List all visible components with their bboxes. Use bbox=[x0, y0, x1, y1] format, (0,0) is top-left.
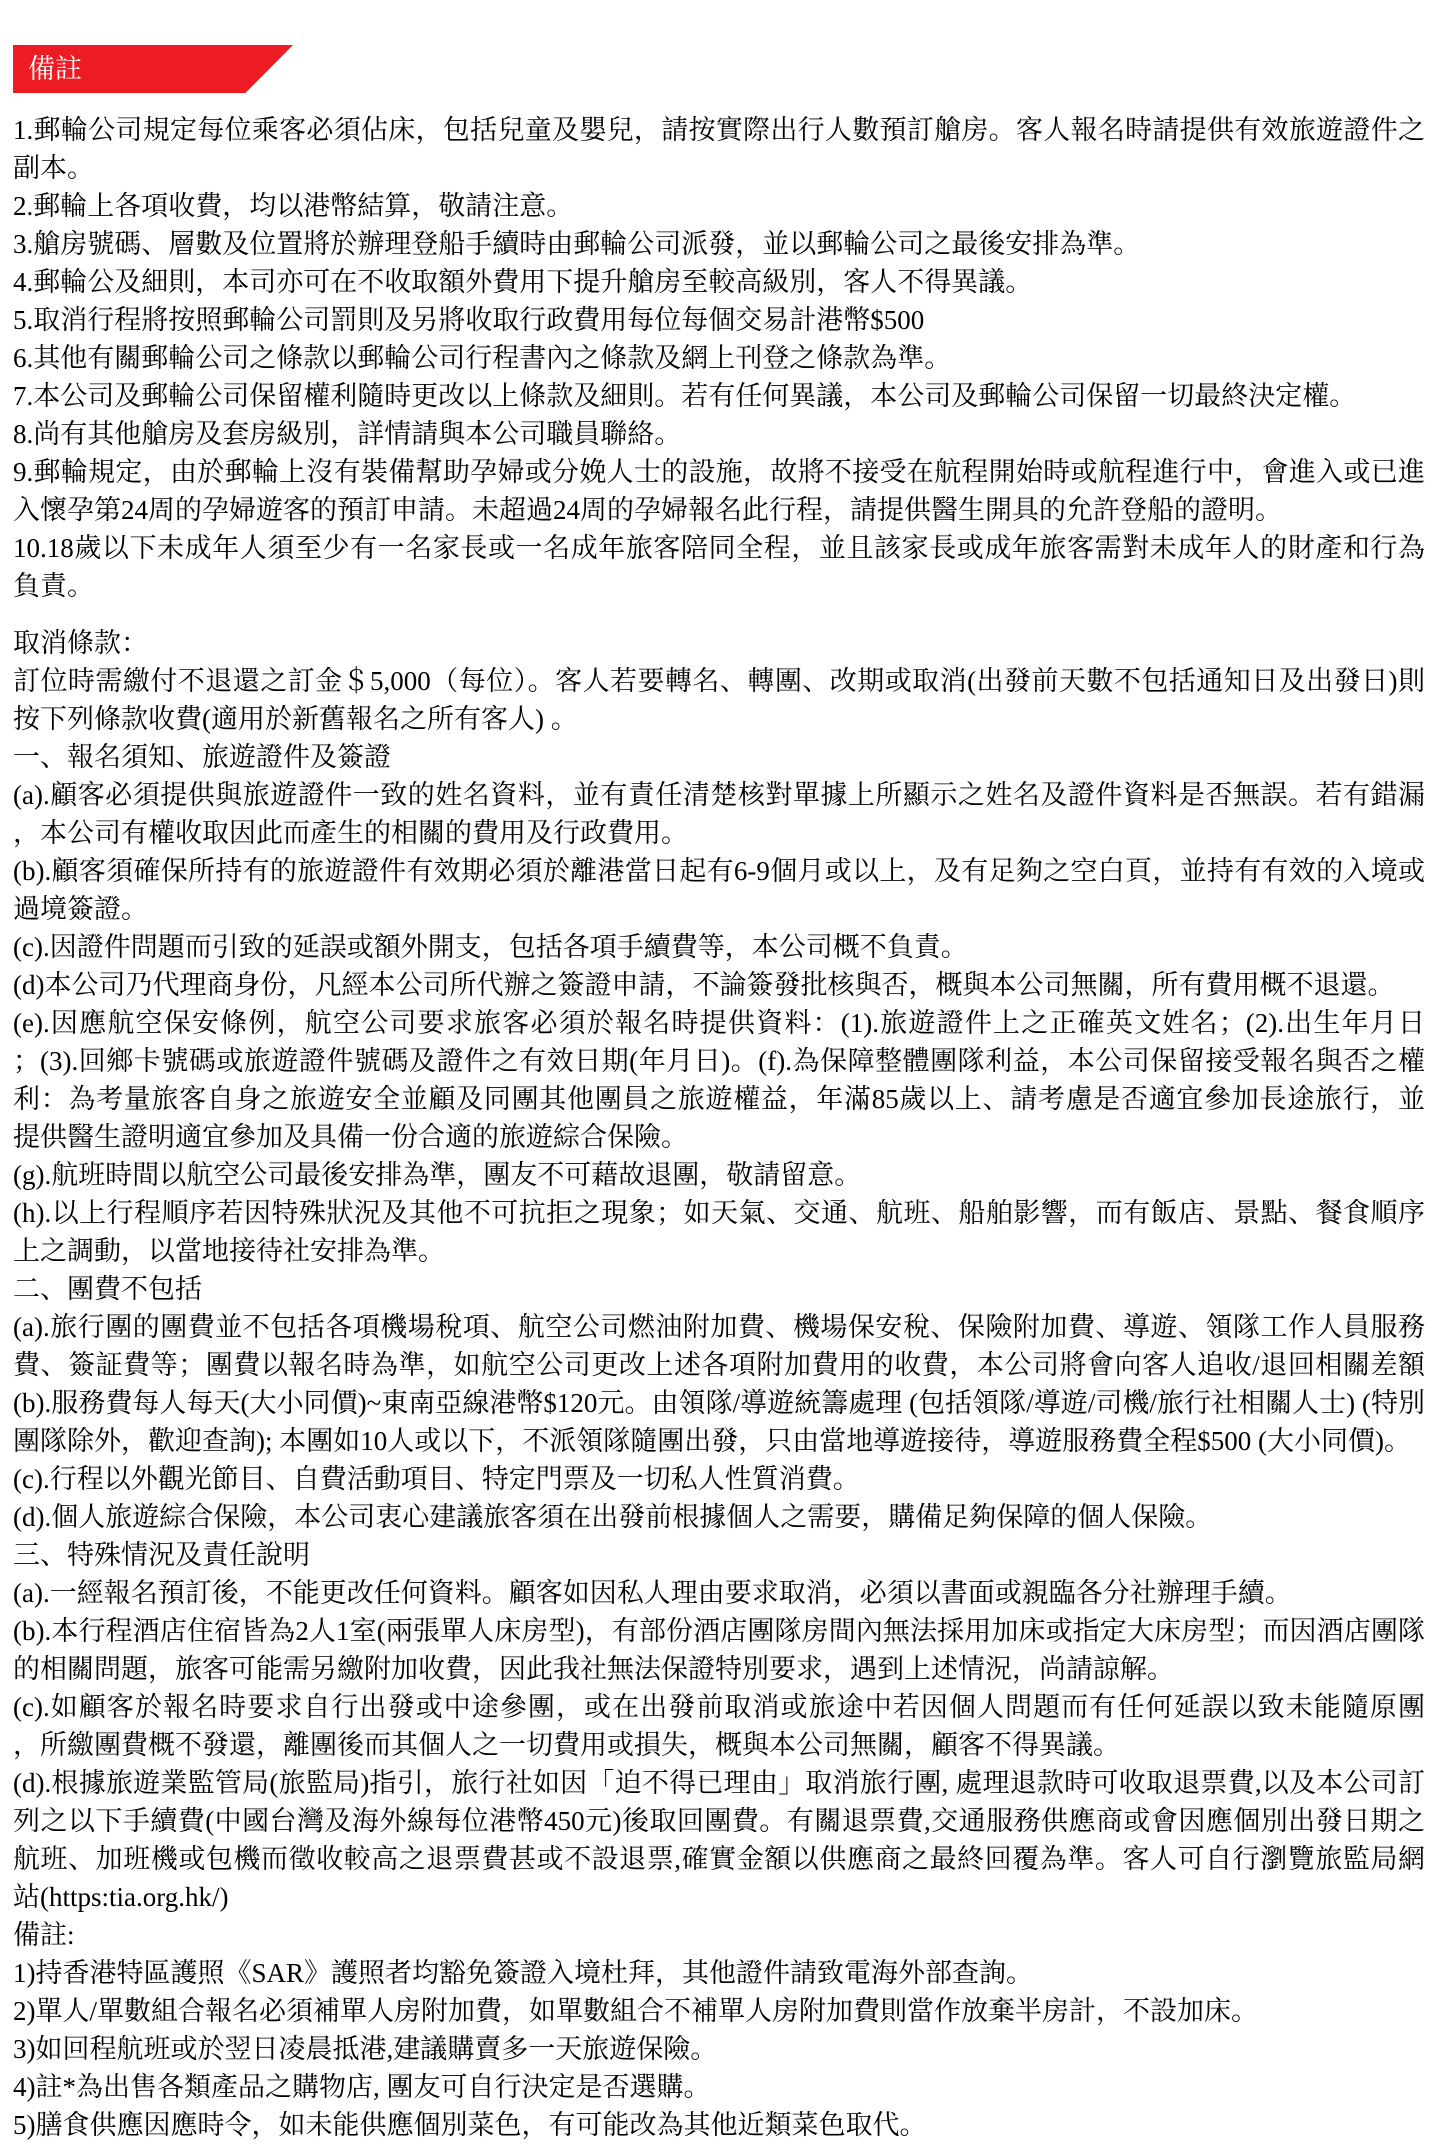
text-line: (e).因應航空保安條例，航空公司要求旅客必須於報名時提供資料：(1).旅遊證件… bbox=[13, 1004, 1425, 1042]
text-line: (c).行程以外觀光節目、自費活動項目、特定門票及一切私人性質消費。 bbox=[13, 1460, 1425, 1498]
text-line: (c).因證件問題而引致的延誤或額外開支，包括各項手續費等，本公司概不負責。 bbox=[13, 928, 1425, 966]
text-line: 上之調動，以當地接待社安排為準。 bbox=[13, 1232, 1425, 1270]
cancellation-heading: 取消條款： bbox=[13, 624, 1425, 662]
text-line: (c).如顧客於報名時要求自行出發或中途參團，或在出發前取消或旅途中若因個人問題… bbox=[13, 1688, 1425, 1726]
clause-item: (d).根據旅遊業監管局(旅監局)指引，旅行社如因「迫不得已理由」取消旅行團, … bbox=[13, 1764, 1425, 1916]
text-line: (a).旅行團的團費並不包括各項機場稅項、航空公司燃油附加費、機場保安稅、保險附… bbox=[13, 1308, 1425, 1346]
cruise-note-item: 7.本公司及郵輪公司保留權利隨時更改以上條款及細則。若有任何異議，本公司及郵輪公… bbox=[13, 377, 1425, 415]
text-line: 列之以下手續費(中國台灣及海外線每位港幣450元)後取回團費。有關退票費,交通服… bbox=[13, 1802, 1425, 1840]
cruise-note-item: 3.艙房號碼、層數及位置將於辦理登船手續時由郵輪公司派發，並以郵輪公司之最後安排… bbox=[13, 225, 1425, 263]
clause-item: (a).顧客必須提供與旅遊證件一致的姓名資料，並有責任清楚核對單據上所顯示之姓名… bbox=[13, 776, 1425, 852]
cruise-note-item: 4.郵輪公及細則，本司亦可在不收取額外費用下提升艙房至較高級別，客人不得異議。 bbox=[13, 263, 1425, 301]
section-heading: 二、團費不包括 bbox=[13, 1270, 1425, 1308]
text-line: ；(3).回鄉卡號碼或旅遊證件號碼及證件之有效日期(年月日)。(f).為保障整體… bbox=[13, 1042, 1425, 1080]
text-line: 的相關問題，旅客可能需另繳附加收費，因此我社無法保證特別要求，遇到上述情況，尚請… bbox=[13, 1650, 1425, 1688]
text-line: (b).顧客須確保所持有的旅遊證件有效期必須於離港當日起有6-9個月或以上，及有… bbox=[13, 852, 1425, 890]
remarks-list: 備註: 1)持香港特區護照《SAR》護照者均豁免簽證入境杜拜，其他證件請致電海外… bbox=[13, 1916, 1425, 2144]
cancellation-intro: 訂位時需繳付不退還之訂金＄5,000（每位）。客人若要轉名、轉團、改期或取消(出… bbox=[13, 662, 1425, 738]
text-line: (d).個人旅遊綜合保險，本公司衷心建議旅客須在出發前根據個人之需要，購備足夠保… bbox=[13, 1498, 1425, 1536]
text-line: (h).以上行程順序若因特殊狀況及其他不可抗拒之現象；如天氣、交通、航班、船舶影… bbox=[13, 1194, 1425, 1232]
clause-item: (e).因應航空保安條例，航空公司要求旅客必須於報名時提供資料：(1).旅遊證件… bbox=[13, 1004, 1425, 1156]
text-line: (g).航班時間以航空公司最後安排為準，團友不可藉故退團，敬請留意。 bbox=[13, 1156, 1425, 1194]
clause-item: (a).旅行團的團費並不包括各項機場稅項、航空公司燃油附加費、機場保安稅、保險附… bbox=[13, 1308, 1425, 1384]
clause-item: (c).因證件問題而引致的延誤或額外開支，包括各項手續費等，本公司概不負責。 bbox=[13, 928, 1425, 966]
clause-item: (c).行程以外觀光節目、自費活動項目、特定門票及一切私人性質消費。 bbox=[13, 1460, 1425, 1498]
text-line: 按下列條款收費(適用於新舊報名之所有客人) 。 bbox=[13, 700, 1425, 738]
remark-item: 2)單人/單數組合報名必須補單人房附加費，如單數組合不補單人房附加費則當作放棄半… bbox=[13, 1992, 1425, 2030]
text-line: (d)本公司乃代理商身份，凡經本公司所代辦之簽證申請，不論簽發批核與否，概與本公… bbox=[13, 966, 1425, 1004]
text-line: 5.取消行程將按照郵輪公司罰則及另將收取行政費用每位每個交易計港幣$500 bbox=[13, 301, 1425, 339]
clause-item: (b).服務費每人每天(大小同價)~東南亞線港幣$120元。由領隊/導遊統籌處理… bbox=[13, 1384, 1425, 1460]
clause-item: (b).本行程酒店住宿皆為2人1室(兩張單人床房型)，有部份酒店團隊房間內無法採… bbox=[13, 1612, 1425, 1688]
remark-item: 5)膳食供應因應時令，如未能供應個別菜色，有可能改為其他近類菜色取代。 bbox=[13, 2106, 1425, 2144]
text-line: 訂位時需繳付不退還之訂金＄5,000（每位）。客人若要轉名、轉團、改期或取消(出… bbox=[13, 662, 1425, 700]
section-heading: 一、報名須知、旅遊證件及簽證 bbox=[13, 738, 1425, 776]
text-line: 費、簽証費等；團費以報名時為準，如航空公司更改上述各項附加費用的收費，本公司將會… bbox=[13, 1346, 1425, 1384]
text-line: 3.艙房號碼、層數及位置將於辦理登船手續時由郵輪公司派發，並以郵輪公司之最後安排… bbox=[13, 225, 1425, 263]
text-line: 7.本公司及郵輪公司保留權利隨時更改以上條款及細則。若有任何異議，本公司及郵輪公… bbox=[13, 377, 1425, 415]
cruise-note-item: 10.18歲以下未成年人須至少有一名家長或一名成年旅客陪同全程，並且該家長或成年… bbox=[13, 529, 1425, 605]
text-line: 入懷孕第24周的孕婦遊客的預訂申請。未超過24周的孕婦報名此行程，請提供醫生開具… bbox=[13, 491, 1425, 529]
text-line: 利：為考量旅客自身之旅遊安全並顧及同團其他團員之旅遊權益，年滿85歲以上、請考慮… bbox=[13, 1080, 1425, 1118]
text-line: 8.尚有其他艙房及套房級別，詳情請與本公司職員聯絡。 bbox=[13, 415, 1425, 453]
text-line: (b).服務費每人每天(大小同價)~東南亞線港幣$120元。由領隊/導遊統籌處理… bbox=[13, 1384, 1425, 1422]
remarks-header-title: 備註 bbox=[28, 45, 82, 93]
remarks-header-banner: 備註 bbox=[13, 45, 293, 93]
clause-item: (d)本公司乃代理商身份，凡經本公司所代辦之簽證申請，不論簽發批核與否，概與本公… bbox=[13, 966, 1425, 1004]
text-line: 負責。 bbox=[13, 567, 1425, 605]
text-line: 9.郵輪規定，由於郵輪上沒有裝備幫助孕婦或分娩人士的設施，故將不接受在航程開始時… bbox=[13, 453, 1425, 491]
text-line: ，本公司有權收取因此而產生的相關的費用及行政費用。 bbox=[13, 814, 1425, 852]
text-line: (d).根據旅遊業監管局(旅監局)指引，旅行社如因「迫不得已理由」取消旅行團, … bbox=[13, 1764, 1425, 1802]
text-line: 2.郵輪上各項收費，均以港幣結算，敬請注意。 bbox=[13, 187, 1425, 225]
remark-item: 3)如回程航班或於翌日凌晨抵港,建議購賣多一天旅遊保險。 bbox=[13, 2030, 1425, 2068]
text-line: 過境簽證。 bbox=[13, 890, 1425, 928]
text-line: 10.18歲以下未成年人須至少有一名家長或一名成年旅客陪同全程，並且該家長或成年… bbox=[13, 529, 1425, 567]
cruise-note-item: 9.郵輪規定，由於郵輪上沒有裝備幫助孕婦或分娩人士的設施，故將不接受在航程開始時… bbox=[13, 453, 1425, 529]
text-line: (a).一經報名預訂後，不能更改任何資料。顧客如因私人理由要求取消，必須以書面或… bbox=[13, 1574, 1425, 1612]
text-line: (a).顧客必須提供與旅遊證件一致的姓名資料，並有責任清楚核對單據上所顯示之姓名… bbox=[13, 776, 1425, 814]
clause-item: (g).航班時間以航空公司最後安排為準，團友不可藉故退團，敬請留意。 bbox=[13, 1156, 1425, 1194]
section-special-circumstances-liability: 三、特殊情況及責任說明 (a).一經報名預訂後，不能更改任何資料。顧客如因私人理… bbox=[13, 1536, 1425, 1916]
section-heading: 三、特殊情況及責任說明 bbox=[13, 1536, 1425, 1574]
cancellation-terms: 取消條款： 訂位時需繳付不退還之訂金＄5,000（每位）。客人若要轉名、轉團、改… bbox=[13, 624, 1425, 2144]
text-line: 4.郵輪公及細則，本司亦可在不收取額外費用下提升艙房至較高級別，客人不得異議。 bbox=[13, 263, 1425, 301]
section-registration-documents-visa: 一、報名須知、旅遊證件及簽證 (a).顧客必須提供與旅遊證件一致的姓名資料，並有… bbox=[13, 738, 1425, 1270]
cruise-notes-list: 1.郵輪公司規定每位乘客必須佔床，包括兒童及嬰兒，請按實際出行人數預訂艙房。客人… bbox=[13, 111, 1425, 605]
text-line: 1.郵輪公司規定每位乘客必須佔床，包括兒童及嬰兒，請按實際出行人數預訂艙房。客人… bbox=[13, 111, 1425, 149]
text-line: (b).本行程酒店住宿皆為2人1室(兩張單人床房型)，有部份酒店團隊房間內無法採… bbox=[13, 1612, 1425, 1650]
text-line: 站(https:tia.org.hk/) bbox=[13, 1878, 1425, 1916]
clause-item: (d).個人旅遊綜合保險，本公司衷心建議旅客須在出發前根據個人之需要，購備足夠保… bbox=[13, 1498, 1425, 1536]
cruise-note-item: 2.郵輪上各項收費，均以港幣結算，敬請注意。 bbox=[13, 187, 1425, 225]
clause-item: (h).以上行程順序若因特殊狀況及其他不可抗拒之現象；如天氣、交通、航班、船舶影… bbox=[13, 1194, 1425, 1270]
section-fees-not-included: 二、團費不包括 (a).旅行團的團費並不包括各項機場稅項、航空公司燃油附加費、機… bbox=[13, 1270, 1425, 1536]
cruise-note-item: 6.其他有關郵輪公司之條款以郵輪公司行程書內之條款及網上刊登之條款為準。 bbox=[13, 339, 1425, 377]
remarks-heading: 備註: bbox=[13, 1916, 1425, 1954]
clause-item: (a).一經報名預訂後，不能更改任何資料。顧客如因私人理由要求取消，必須以書面或… bbox=[13, 1574, 1425, 1612]
text-line: 團隊除外，歡迎查詢); 本團如10人或以下，不派領隊隨團出發，只由當地導遊接待，… bbox=[13, 1422, 1425, 1460]
clause-item: (b).顧客須確保所持有的旅遊證件有效期必須於離港當日起有6-9個月或以上，及有… bbox=[13, 852, 1425, 928]
cruise-note-item: 1.郵輪公司規定每位乘客必須佔床，包括兒童及嬰兒，請按實際出行人數預訂艙房。客人… bbox=[13, 111, 1425, 187]
text-line: 航班、加班機或包機而徵收較高之退票費甚或不設退票,確實金額以供應商之最終回覆為準… bbox=[13, 1840, 1425, 1878]
cruise-note-item: 5.取消行程將按照郵輪公司罰則及另將收取行政費用每位每個交易計港幣$500 bbox=[13, 301, 1425, 339]
text-line: 6.其他有關郵輪公司之條款以郵輪公司行程書內之條款及網上刊登之條款為準。 bbox=[13, 339, 1425, 377]
text-line: 副本。 bbox=[13, 149, 1425, 187]
remark-item: 4)註*為出售各類產品之購物店, 團友可自行決定是否選購。 bbox=[13, 2068, 1425, 2106]
text-line: ，所繳團費概不發還，離團後而其個人之一切費用或損失，概與本公司無關，顧客不得異議… bbox=[13, 1726, 1425, 1764]
remark-item: 1)持香港特區護照《SAR》護照者均豁免簽證入境杜拜，其他證件請致電海外部查詢。 bbox=[13, 1954, 1425, 1992]
terms-content: 1.郵輪公司規定每位乘客必須佔床，包括兒童及嬰兒，請按實際出行人數預訂艙房。客人… bbox=[13, 111, 1425, 2144]
cruise-note-item: 8.尚有其他艙房及套房級別，詳情請與本公司職員聯絡。 bbox=[13, 415, 1425, 453]
clause-item: (c).如顧客於報名時要求自行出發或中途參團，或在出發前取消或旅途中若因個人問題… bbox=[13, 1688, 1425, 1764]
text-line: 提供醫生證明適宜參加及具備一份合適的旅遊綜合保險。 bbox=[13, 1118, 1425, 1156]
